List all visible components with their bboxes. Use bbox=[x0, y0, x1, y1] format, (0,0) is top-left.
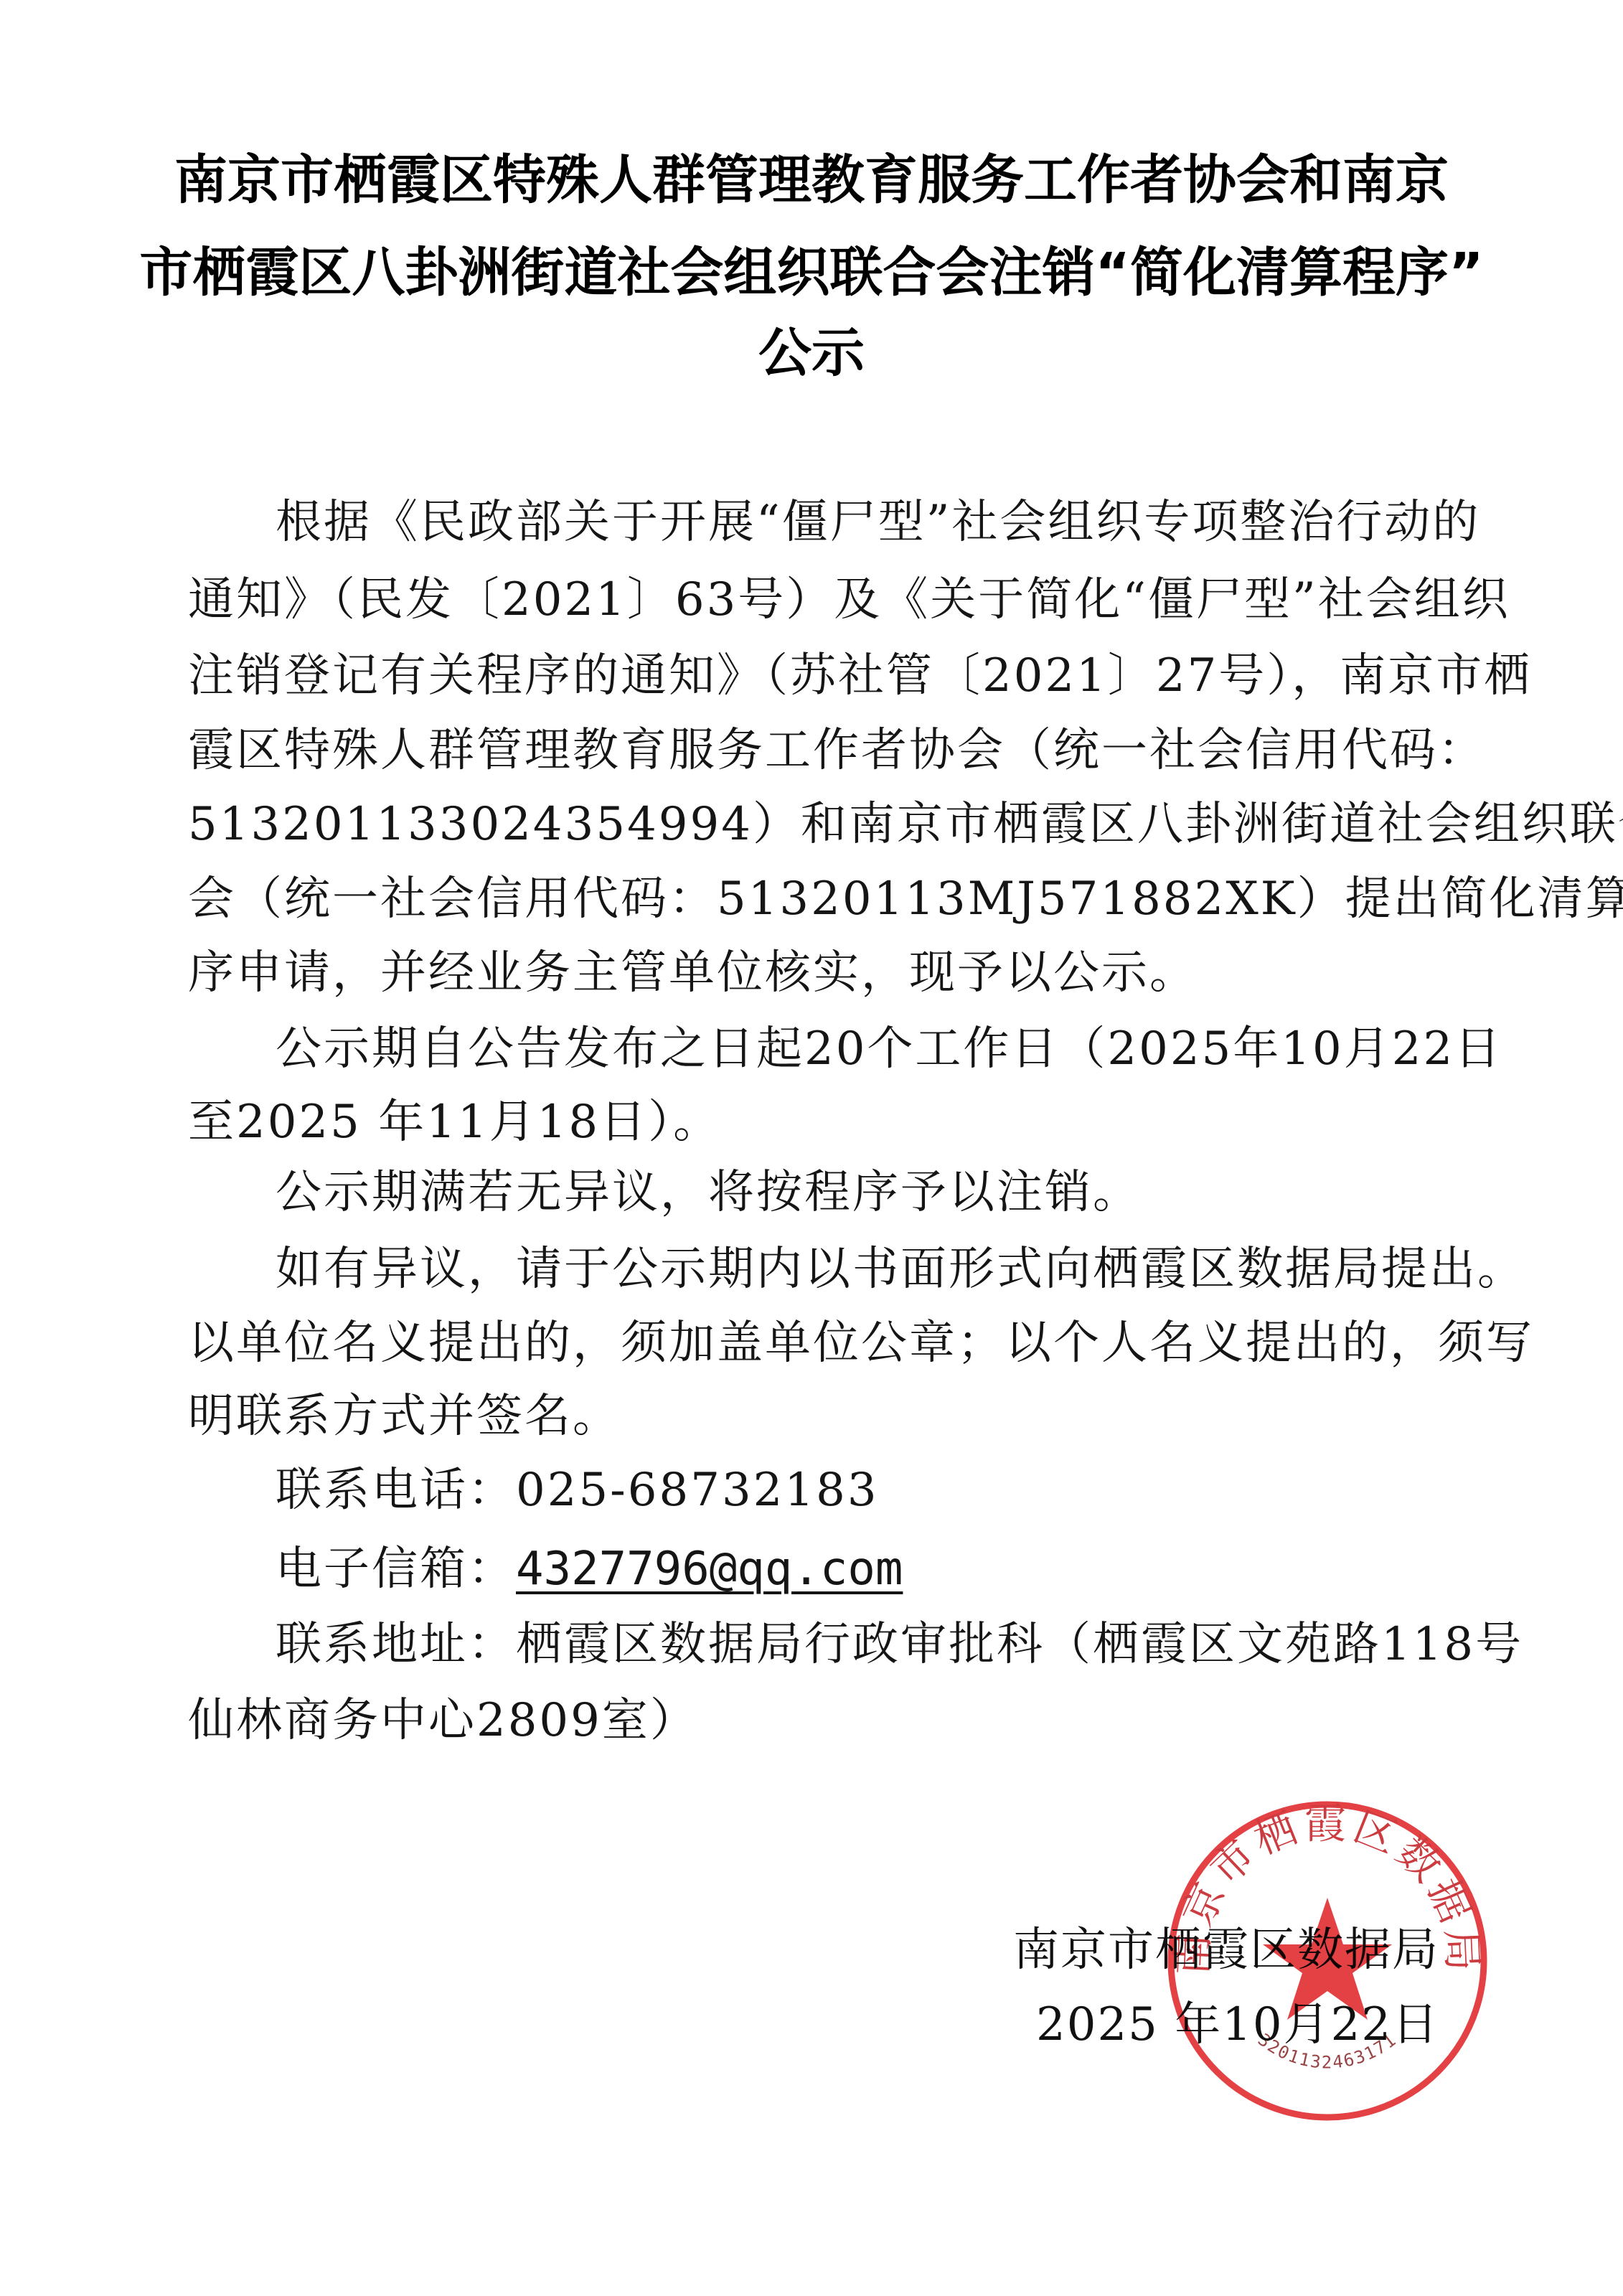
address-label: 联系地址： bbox=[276, 1618, 516, 1671]
body-line: 会（统一社会信用代码：51320113MJ571882XK）提出简化清算程 bbox=[188, 876, 1623, 922]
body-line: 公示期自公告发布之日起20个工作日（2025年10月22日 bbox=[276, 1026, 1502, 1072]
body-line: 序申请，并经业务主管单位核实，现予以公示。 bbox=[188, 950, 1198, 996]
title-line-1: 南京市栖霞区特殊人群管理教育服务工作者协会和南京 bbox=[0, 154, 1623, 207]
body-line: 公示期满若无异议，将按程序予以注销。 bbox=[276, 1170, 1141, 1215]
email-link[interactable]: 4327796@qq.com bbox=[516, 1543, 903, 1596]
contact-phone: 联系电话：025-68732183 bbox=[276, 1467, 879, 1513]
body-line: 如有异议，请于公示期内以书面形式向栖霞区数据局提出。 bbox=[276, 1246, 1525, 1292]
body-line: 通知》（民发〔2021〕63号）及《关于简化“僵尸型”社会组织 bbox=[188, 577, 1510, 623]
body-line: 至2025 年11月18日）。 bbox=[188, 1099, 721, 1145]
contact-address-cont: 仙林商务中心2809室） bbox=[188, 1698, 698, 1744]
svg-text:3201132463171: 3201132463171 bbox=[1254, 2030, 1401, 2073]
body-line: 明联系方式并签名。 bbox=[188, 1393, 621, 1439]
phone-label: 联系电话： bbox=[276, 1464, 516, 1517]
body-line: 根据《民政部关于开展“僵尸型”社会组织专项整治行动的 bbox=[276, 499, 1480, 545]
body-line: 以单位名义提出的，须加盖单位公章；以个人名义提出的，须写 bbox=[188, 1320, 1534, 1366]
body-line: 霞区特殊人群管理教育服务工作者协会（统一社会信用代码： bbox=[188, 728, 1486, 773]
title-line-2: 市栖霞区八卦洲街道社会组织联合会注销“简化清算程序” bbox=[0, 246, 1623, 299]
body-line: 513201133024354994）和南京市栖霞区八卦洲街道社会组织联合 bbox=[188, 801, 1623, 847]
body-line: 注销登记有关程序的通知》（苏社管〔2021〕27号），南京市栖 bbox=[188, 653, 1532, 699]
phone-number: 025-68732183 bbox=[516, 1464, 879, 1517]
email-label: 电子信箱： bbox=[276, 1543, 516, 1596]
address-value: 栖霞区数据局行政审批科（栖霞区文苑路118号 bbox=[516, 1618, 1523, 1671]
contact-email: 电子信箱：4327796@qq.com bbox=[276, 1546, 903, 1592]
official-seal-icon: 南京市栖霞区数据局 3201132463171 bbox=[1164, 1797, 1491, 2125]
contact-address: 联系地址：栖霞区数据局行政审批科（栖霞区文苑路118号 bbox=[276, 1622, 1523, 1667]
title-line-3: 公示 bbox=[0, 326, 1623, 380]
